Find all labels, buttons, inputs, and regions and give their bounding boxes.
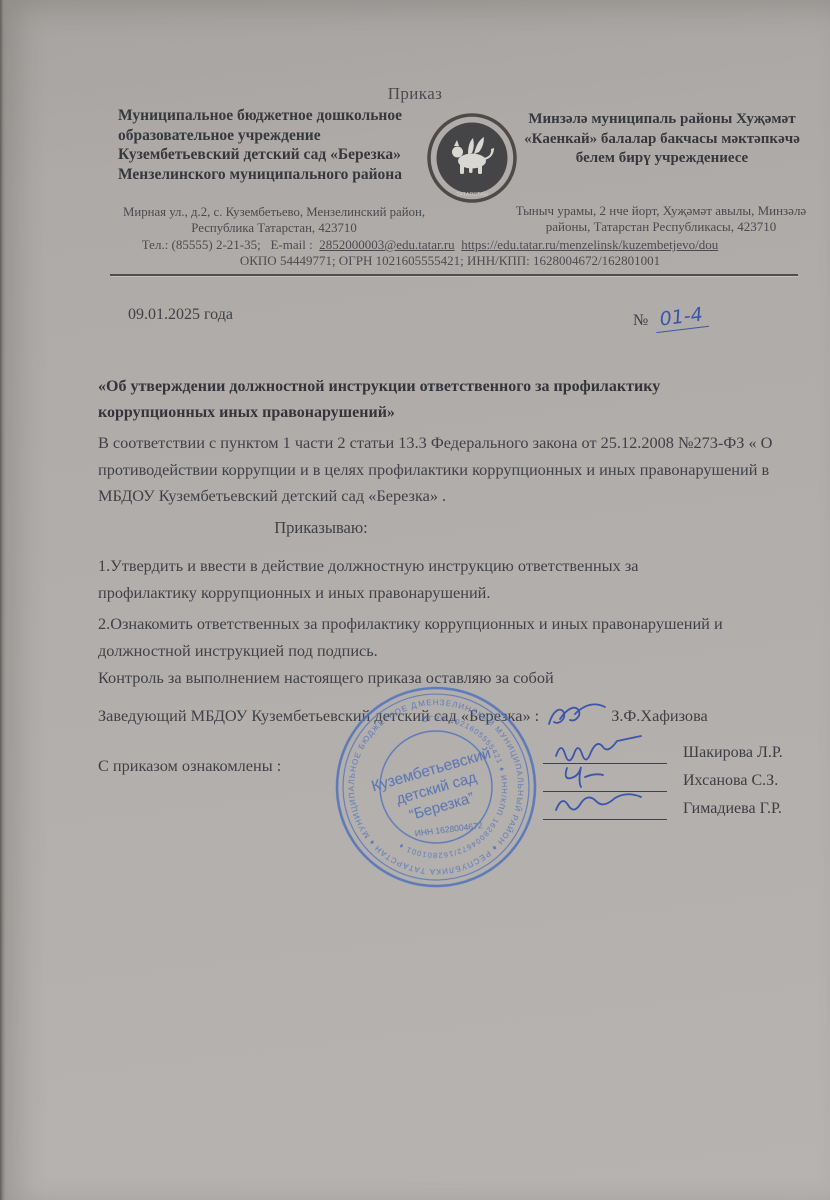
signature-line bbox=[543, 819, 667, 820]
registry-codes: ОКПО 54449771; ОГРН 1021605555421; ИНН/К… bbox=[100, 253, 800, 269]
order-number-handwritten: 01-4 bbox=[654, 303, 710, 333]
signature-shakirova-icon bbox=[553, 733, 649, 763]
tatarstan-emblem-icon: ТАТАРСТАН bbox=[426, 112, 518, 204]
signature-hafizova-icon bbox=[545, 698, 607, 730]
phone-number: Тел.: (85555) 2-21-35; bbox=[142, 237, 261, 252]
email-address: 2852000003@edu.tatar.ru bbox=[319, 237, 454, 252]
order-number: №01-4 bbox=[633, 308, 708, 332]
head-name: З.Ф.Хафизова bbox=[611, 706, 708, 725]
signature-ihsanova-icon bbox=[553, 763, 623, 791]
email-label: E-mail : bbox=[270, 237, 312, 252]
order-subject: «Об утверждении должностной инструкции о… bbox=[98, 374, 770, 425]
order-item-2: 2.Ознакомить ответственных за профилакти… bbox=[98, 610, 800, 664]
signature-gimadieva-icon bbox=[553, 789, 649, 819]
acknowledged-label: С приказом ознакомлены : bbox=[98, 756, 281, 776]
signatory-name: Шакирова Л.Р. bbox=[683, 744, 783, 762]
scanned-order-document: Приказ Муниципальное бюджетное дошкольно… bbox=[0, 0, 830, 1200]
signatory-name: Ихсанова С.З. bbox=[683, 772, 778, 790]
document-title: Приказ bbox=[0, 84, 830, 104]
emblem-caption: ТАТАРСТАН bbox=[456, 192, 488, 198]
order-intro-paragraph: В соответствии с пунктом 1 части 2 стать… bbox=[98, 430, 795, 510]
organization-stamp: МЕНЗЕЛИНСКИЙ МУНИЦИПАЛЬНЫЙ РАЙОН ♦ РЕСПУ… bbox=[311, 662, 560, 911]
organization-name-russian: Муниципальное бюджетное дошкольное образ… bbox=[118, 106, 432, 184]
header-divider bbox=[110, 274, 798, 276]
organization-name-tatar: Минзәлә муниципаль районы Хуҗәмәт «Каенк… bbox=[508, 110, 816, 169]
order-item-1: 1.Утвердить и ввести в действие должност… bbox=[98, 552, 686, 606]
signatory-row: Гимадиева Г.Р. bbox=[543, 795, 828, 823]
page-edge-shadow bbox=[0, 0, 6, 1200]
directive-word: Приказываю: bbox=[0, 518, 642, 538]
contact-line: Тел.: (85555) 2-21-35; E-mail : 28520000… bbox=[60, 237, 800, 253]
signatory-name: Гимадиева Г.Р. bbox=[683, 800, 782, 818]
organization-address-tatar: Тыныч урамы, 2 нче йорт, Хуҗәмәт авылы, … bbox=[498, 203, 824, 234]
organization-address-russian: Мирная ул., д.2, с. Кузембетьево, Мензел… bbox=[104, 205, 444, 236]
order-date: 09.01.2025 года bbox=[128, 306, 233, 324]
website-url: https://edu.tatar.ru/menzelinsk/kuzembet… bbox=[461, 237, 718, 252]
stamp-inn: ИНН 1628004672 bbox=[414, 820, 483, 838]
order-number-label: № bbox=[633, 312, 648, 329]
signatories-block: Шакирова Л.Р. Ихсанова С.З. Гимадиева Г.… bbox=[543, 739, 828, 823]
